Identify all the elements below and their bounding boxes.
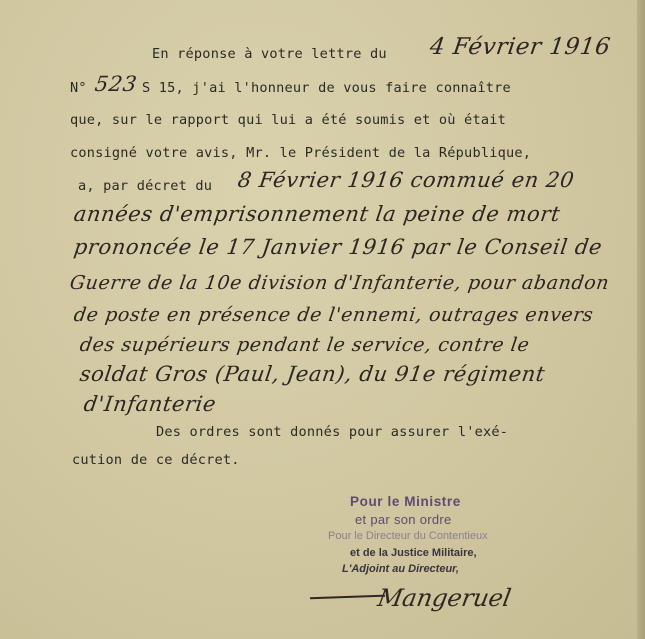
handwritten-line-3: Guerre de la 10e division d'Infanterie, … [68,272,610,294]
handwritten-line-1: années d'emprisonnement la peine de mort [72,202,562,226]
signature: Mangeruel [376,584,514,612]
handwritten-letter-number: 523 [93,72,138,96]
stamp-line-5: L'Adjoint au Directeur, [342,563,459,575]
closing-line-1: Des ordres sont donnés pour assurer l'ex… [156,424,508,440]
document-page: En réponse à votre lettre du 4 Février 1… [0,0,645,639]
closing-line-2: cution de ce décret. [72,452,240,468]
typed-line-1-prefix: En réponse à votre lettre du [152,46,387,62]
handwritten-line-6: soldat Gros (Paul, Jean), du 91e régimen… [78,362,546,386]
signature-flourish [310,595,385,599]
stamp-line-1: Pour le Ministre [350,494,461,509]
handwritten-line-5: des supérieurs pendant le service, contr… [78,334,530,356]
handwritten-date-letter: 4 Février 1916 [428,34,612,60]
handwritten-decree-date: 8 Février 1916 commué en 20 [236,168,576,192]
typed-line-3: que, sur le rapport qui lui a été soumis… [70,112,506,128]
stamp-line-2: et par son ordre [355,512,452,527]
handwritten-line-4: de poste en présence de l'ennemi, outrag… [72,304,594,326]
typed-line-5-prefix: a, par décret du [78,178,212,194]
typed-line-2-prefix: N° [70,80,87,96]
page-edge [637,0,645,639]
stamp-line-3: Pour le Directeur du Contentieux [328,530,488,542]
stamp-line-4: et de la Justice Militaire, [350,547,477,559]
handwritten-line-2: prononcée le 17 Janvier 1916 par le Cons… [72,235,604,259]
typed-line-2-suffix: S 15, j'ai l'honneur de vous faire conna… [142,80,511,96]
typed-line-4: consigné votre avis, Mr. le Président de… [70,145,531,161]
handwritten-line-7: d'Infanterie [82,392,217,416]
